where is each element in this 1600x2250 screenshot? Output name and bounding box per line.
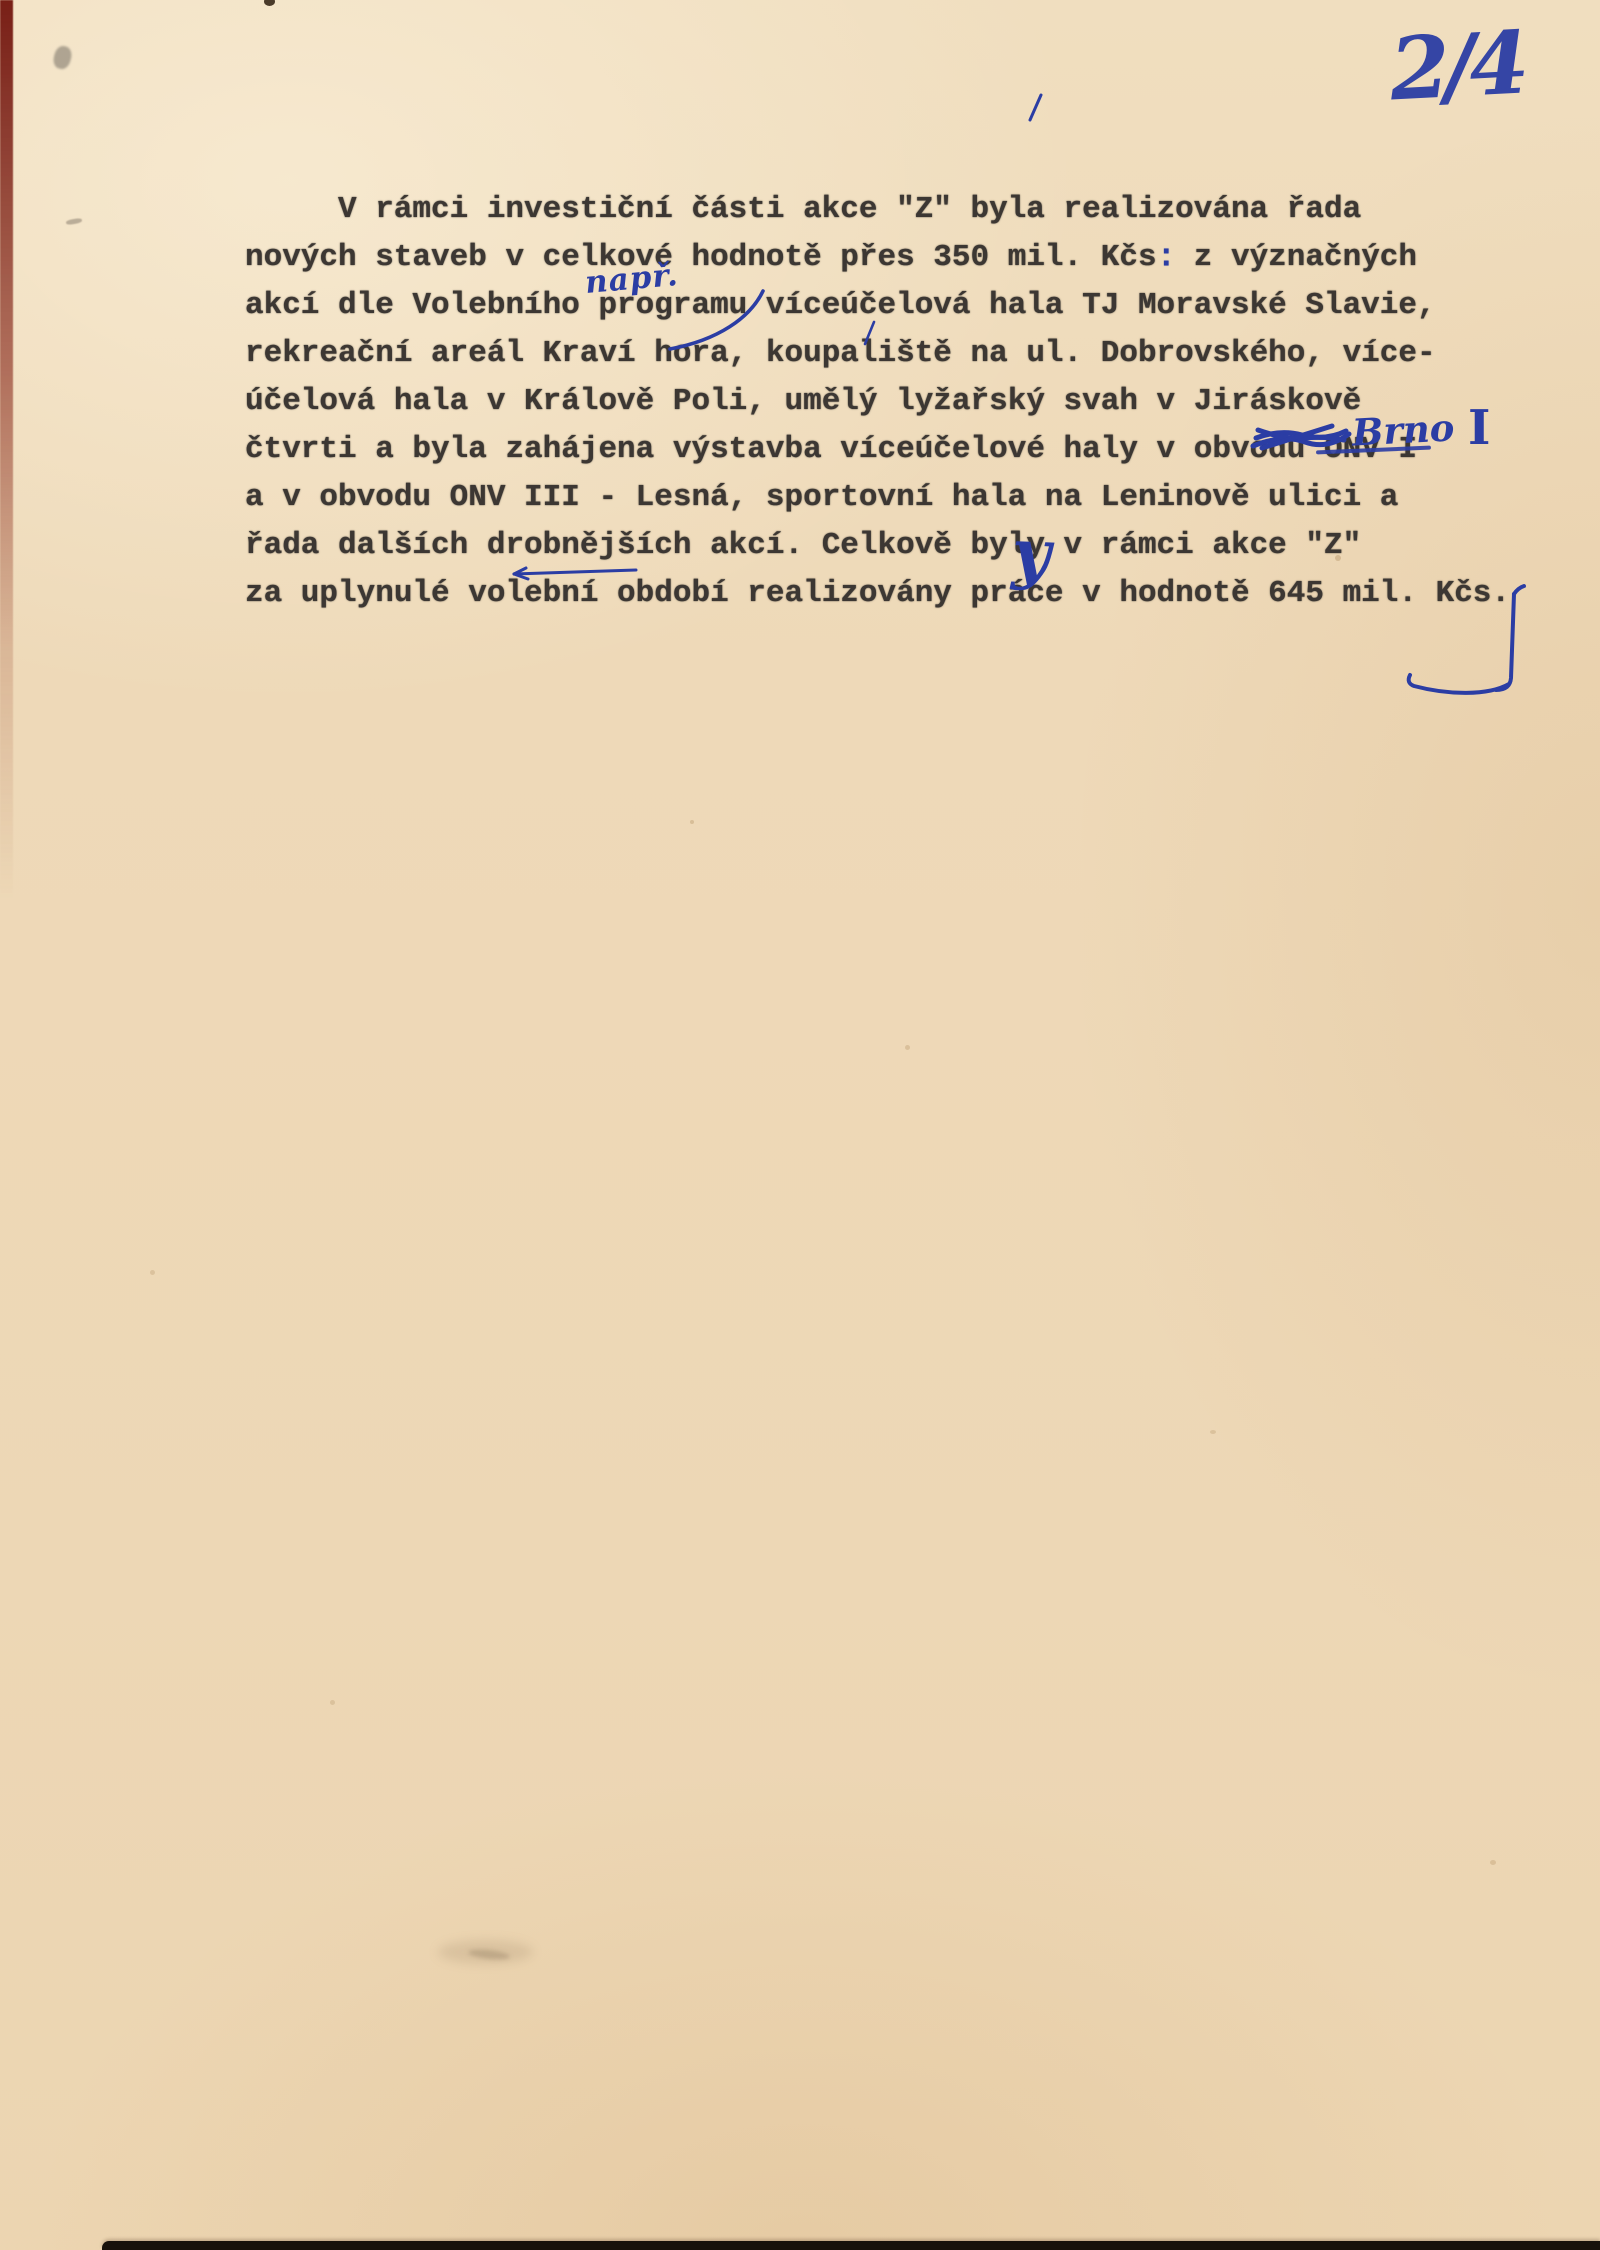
paper-speck bbox=[264, 0, 275, 6]
paper-speck bbox=[150, 1270, 155, 1275]
typed-segment: z význačných bbox=[1175, 240, 1417, 275]
paper-speck bbox=[330, 1700, 335, 1705]
typed-segment: za uplynulé volební období realizovány p… bbox=[245, 576, 1510, 611]
typed-segment-blue: : bbox=[1156, 233, 1176, 283]
typed-line: řada dalších drobnějších akcí. Celkově b… bbox=[245, 522, 1565, 570]
typed-segment: řada dalších drobnějších akcí. Celkově b… bbox=[245, 528, 1361, 563]
stray-tick-mark bbox=[1030, 95, 1041, 120]
handwritten-correction-numeral: I bbox=[1468, 400, 1490, 456]
typed-line: za uplynulé volební období realizovány p… bbox=[245, 570, 1565, 618]
typed-segment: nových staveb v celkové hodnotě přes 350… bbox=[245, 240, 1157, 275]
paper-speck bbox=[690, 820, 694, 824]
typed-line: V rámci investiční části akce "Z" byla r… bbox=[245, 186, 1565, 234]
scan-edge-left bbox=[0, 0, 13, 900]
typed-segment: čtvrti a byla zahájena výstavba víceúčel… bbox=[245, 432, 1324, 467]
scan-edge-bottom bbox=[102, 2241, 1600, 2250]
typed-segment: a v obvodu ONV III - Lesná, sportovní ha… bbox=[245, 480, 1398, 515]
typed-line: a v obvodu ONV III - Lesná, sportovní ha… bbox=[245, 474, 1565, 522]
typed-text-block: V rámci investiční části akce "Z" byla r… bbox=[245, 186, 1565, 618]
typed-line: nových staveb v celkové hodnotě přes 350… bbox=[245, 234, 1565, 282]
typed-line: rekreační areál Kraví hora, koupaliště n… bbox=[245, 330, 1565, 378]
handwritten-correction-word: Brno bbox=[1351, 405, 1456, 454]
typed-segment: účelová hala v Králově Poli, umělý lyžař… bbox=[245, 384, 1361, 419]
handwritten-page-number: 2/4 bbox=[1387, 13, 1525, 121]
paper-speck bbox=[905, 1045, 910, 1050]
paper-speck bbox=[1490, 1860, 1496, 1865]
typed-segment: V rámci investiční části akce "Z" byla r… bbox=[338, 192, 1361, 227]
typed-segment: akcí dle Volebního programu víceúčelová … bbox=[245, 288, 1436, 323]
paper-smudge bbox=[66, 218, 83, 226]
typed-line: akcí dle Volebního programu víceúčelová … bbox=[245, 282, 1565, 330]
paper-speck bbox=[1210, 1430, 1216, 1434]
scanned-document-page: V rámci investiční části akce "Z" byla r… bbox=[0, 0, 1600, 2250]
typed-segment: rekreační areál Kraví hora, koupaliště n… bbox=[245, 336, 1436, 371]
handwritten-overwrite-letter: y bbox=[1011, 519, 1052, 586]
paper-smudge bbox=[51, 44, 73, 70]
